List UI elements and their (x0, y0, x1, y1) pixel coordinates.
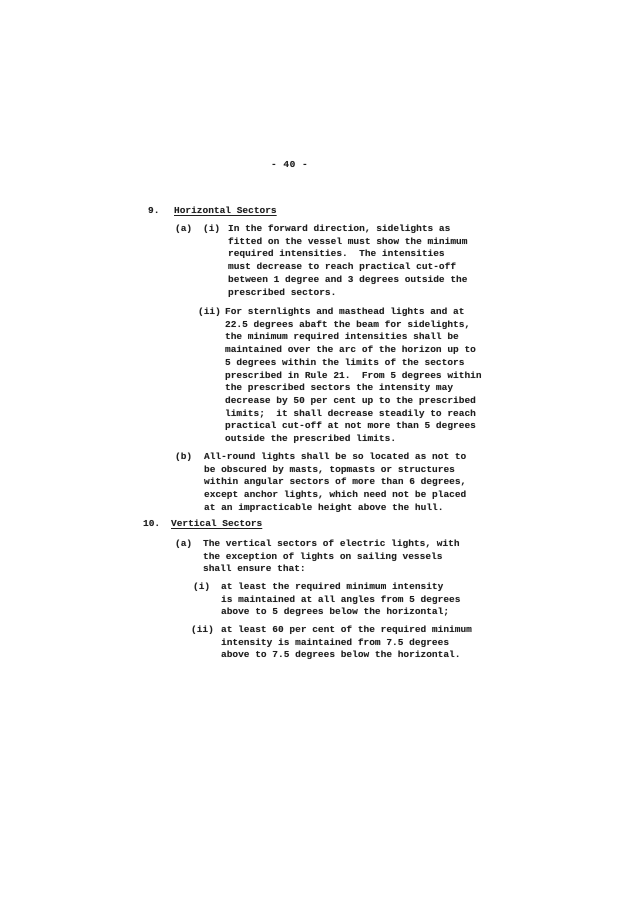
item-9a-ii-paragraph: For sternlights and masthead lights and … (225, 306, 535, 446)
item-10a-i-label: (i) (193, 581, 210, 594)
section-10-number: 10. (143, 518, 171, 531)
section-9-title: Horizontal Sectors (174, 205, 277, 216)
page-number: - 40 - (271, 159, 308, 172)
item-9b-label: (b) (175, 451, 192, 464)
section-10-title: Vertical Sectors (171, 518, 262, 529)
item-9a-label: (a) (175, 223, 192, 236)
item-10a-paragraph: The vertical sectors of electric lights,… (203, 538, 513, 576)
document-page: - 40 - 9.Horizontal Sectors (a) (i) In t… (0, 0, 640, 905)
item-10a-ii-paragraph: at least 60 per cent of the required min… (221, 624, 531, 662)
item-10a-i-paragraph: at least the required minimum intensity … (221, 581, 531, 619)
section-9-number: 9. (148, 205, 174, 218)
item-10a-label: (a) (175, 538, 192, 551)
item-9b-paragraph: All-round lights shall be so located as … (204, 451, 514, 515)
section-9-heading: 9.Horizontal Sectors (148, 205, 277, 218)
item-9a-i-label: (i) (203, 223, 220, 236)
item-9a-i-paragraph: In the forward direction, sidelights as … (228, 223, 538, 299)
item-10a-ii-label: (ii) (191, 624, 214, 637)
item-9a-ii-label: (ii) (198, 306, 221, 319)
section-10-heading: 10.Vertical Sectors (143, 518, 262, 531)
